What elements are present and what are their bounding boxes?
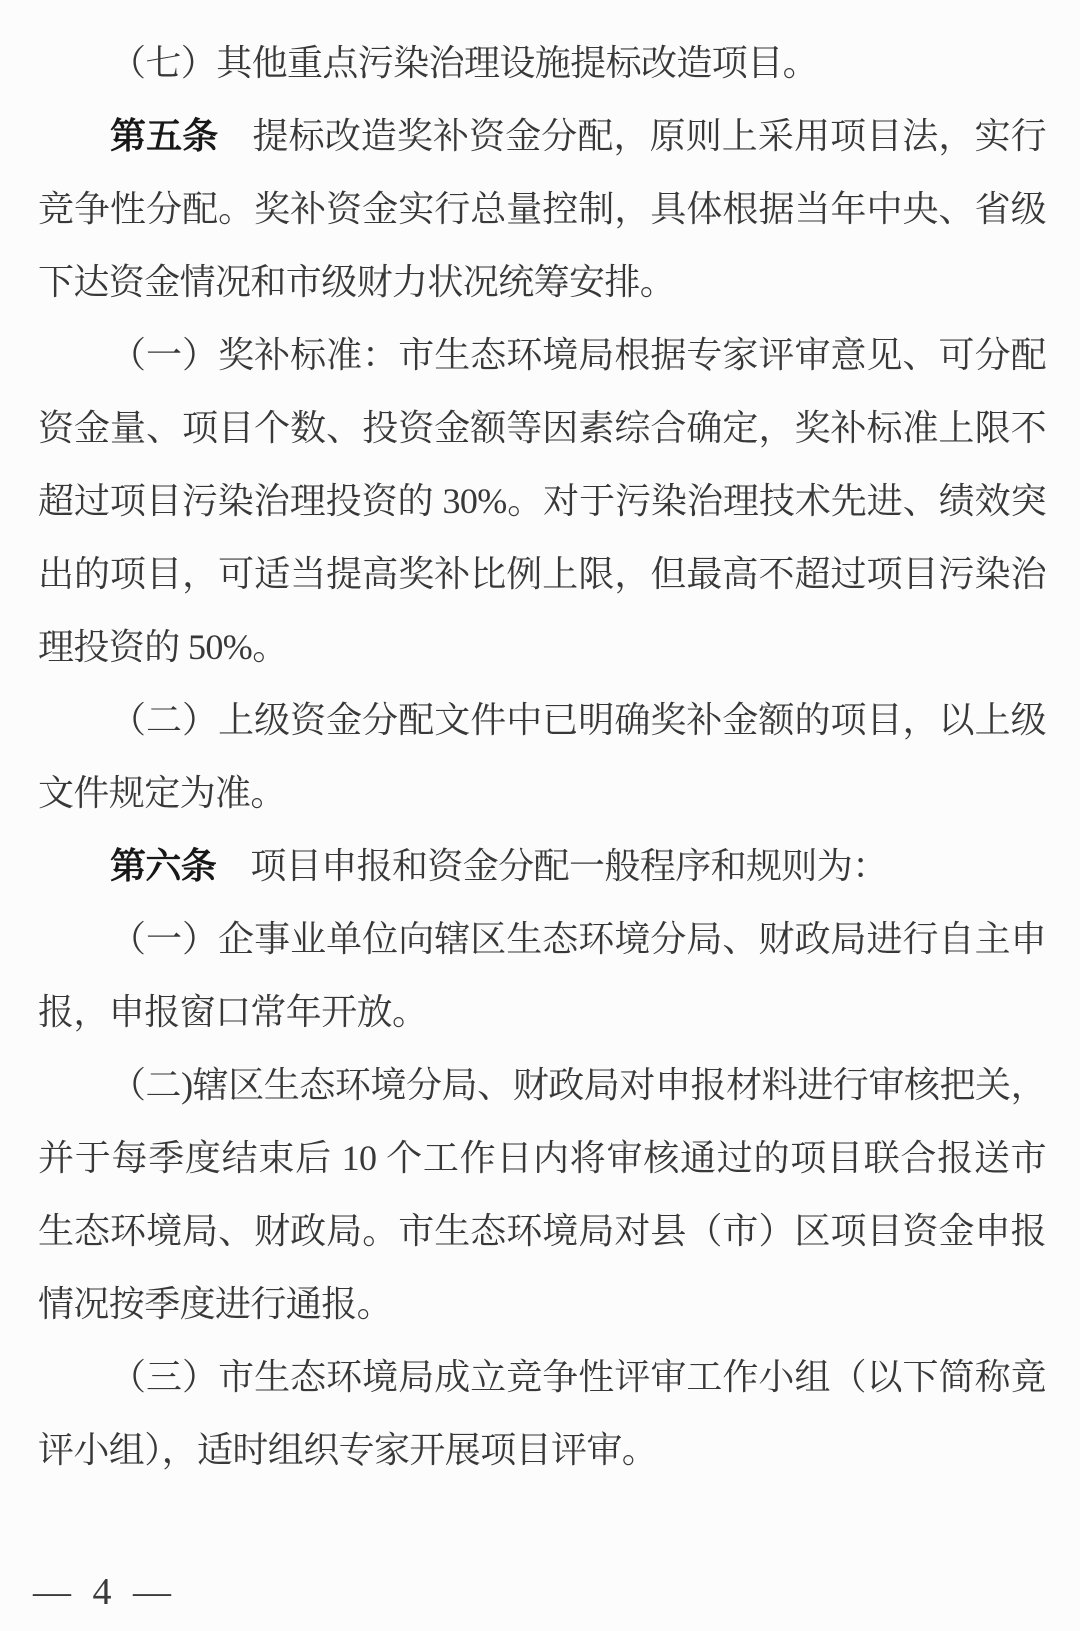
line-text: 提标改造奖补资金分配，原则上采用项目法，实行: [253, 116, 1047, 156]
para-line-item-3: （三）市生态环境局成立竞争性评审工作小组（以下简称竟: [38, 1341, 1046, 1414]
line-text: 评小组），适时组织专家开展项目评审。: [38, 1430, 657, 1470]
para-line: 理投资的 50%。: [38, 611, 1046, 684]
article-5-term: 第五条: [110, 116, 218, 156]
line-text: 下达资金情况和市级财力状况统筹安排。: [38, 262, 675, 302]
line-text: 文件规定为准。: [38, 773, 286, 813]
para-line: 下达资金情况和市级财力状况统筹安排。: [38, 246, 1046, 319]
para-line-item-2: （二)辖区生态环境分局、财政局对申报材料进行审核把关，: [38, 1049, 1046, 1122]
line-text: 并于每季度结束后 10 个工作日内将审核通过的项目联合报送市: [38, 1138, 1046, 1178]
para-line-item-2: （二）上级资金分配文件中已明确奖补金额的项目，以上级: [38, 684, 1046, 757]
para-line-item-1: （一）企事业单位向辖区生态环境分局、财政局进行自主申: [38, 903, 1046, 976]
line-text: 生态环境局、财政局。市生态环境局对县（市）区项目资金申报: [38, 1211, 1046, 1251]
para-line: 超过项目污染治理投资的 30%。对于污染治理技术先进、绩效突: [38, 465, 1046, 538]
line-text: （一）奖补标准：市生态环境局根据专家评审意见、可分配: [110, 335, 1046, 375]
para-line: 竞争性分配。奖补资金实行总量控制，具体根据当年中央、省级: [38, 173, 1046, 246]
article-6-term: 第六条: [110, 846, 216, 886]
line-text: 出的项目，可适当提高奖补比例上限，但最高不超过项目污染治: [38, 554, 1046, 594]
line-text: 情况按季度进行通报。: [38, 1284, 392, 1324]
line-text: （二)辖区生态环境分局、财政局对申报材料进行审核把关，: [110, 1065, 1046, 1105]
page-number: — 4 —: [33, 1570, 177, 1614]
line-text: 超过项目污染治理投资的 30%。对于污染治理技术先进、绩效突: [38, 481, 1046, 521]
line-text: 理投资的 50%。: [38, 627, 288, 667]
para-line: 并于每季度结束后 10 个工作日内将审核通过的项目联合报送市: [38, 1122, 1046, 1195]
para-line: 生态环境局、财政局。市生态环境局对县（市）区项目资金申报: [38, 1195, 1046, 1268]
document-page: （七）其他重点污染治理设施提标改造项目。 第五条提标改造奖补资金分配，原则上采用…: [0, 0, 1080, 1631]
line-text: 项目申报和资金分配一般程序和规则为：: [250, 846, 887, 886]
para-line: 出的项目，可适当提高奖补比例上限，但最高不超过项目污染治: [38, 538, 1046, 611]
para-line: 文件规定为准。: [38, 757, 1046, 830]
line-text: （三）市生态环境局成立竞争性评审工作小组（以下简称竟: [110, 1357, 1046, 1397]
line-text: （二）上级资金分配文件中已明确奖补金额的项目，以上级: [110, 700, 1046, 740]
para-line: 资金量、项目个数、投资金额等因素综合确定，奖补标准上限不: [38, 392, 1046, 465]
line-text: 报，申报窗口常年开放。: [38, 992, 427, 1032]
para-line: 报，申报窗口常年开放。: [38, 976, 1046, 1049]
line-text: （七）其他重点污染治理设施提标改造项目。: [110, 43, 818, 83]
para-line-item-1: （一）奖补标准：市生态环境局根据专家评审意见、可分配: [38, 319, 1046, 392]
line-text: （一）企事业单位向辖区生态环境分局、财政局进行自主申: [110, 919, 1046, 959]
para-line: 评小组），适时组织专家开展项目评审。: [38, 1414, 1046, 1487]
document-body: （七）其他重点污染治理设施提标改造项目。 第五条提标改造奖补资金分配，原则上采用…: [0, 0, 1080, 1487]
line-text: 竞争性分配。奖补资金实行总量控制，具体根据当年中央、省级: [38, 189, 1046, 229]
line-text: 资金量、项目个数、投资金额等因素综合确定，奖补标准上限不: [38, 408, 1046, 448]
para-line: 情况按季度进行通报。: [38, 1268, 1046, 1341]
para-line-item-7: （七）其他重点污染治理设施提标改造项目。: [38, 27, 1046, 100]
para-line-article-6: 第六条项目申报和资金分配一般程序和规则为：: [38, 830, 1046, 903]
para-line-article-5: 第五条提标改造奖补资金分配，原则上采用项目法，实行: [38, 100, 1046, 173]
